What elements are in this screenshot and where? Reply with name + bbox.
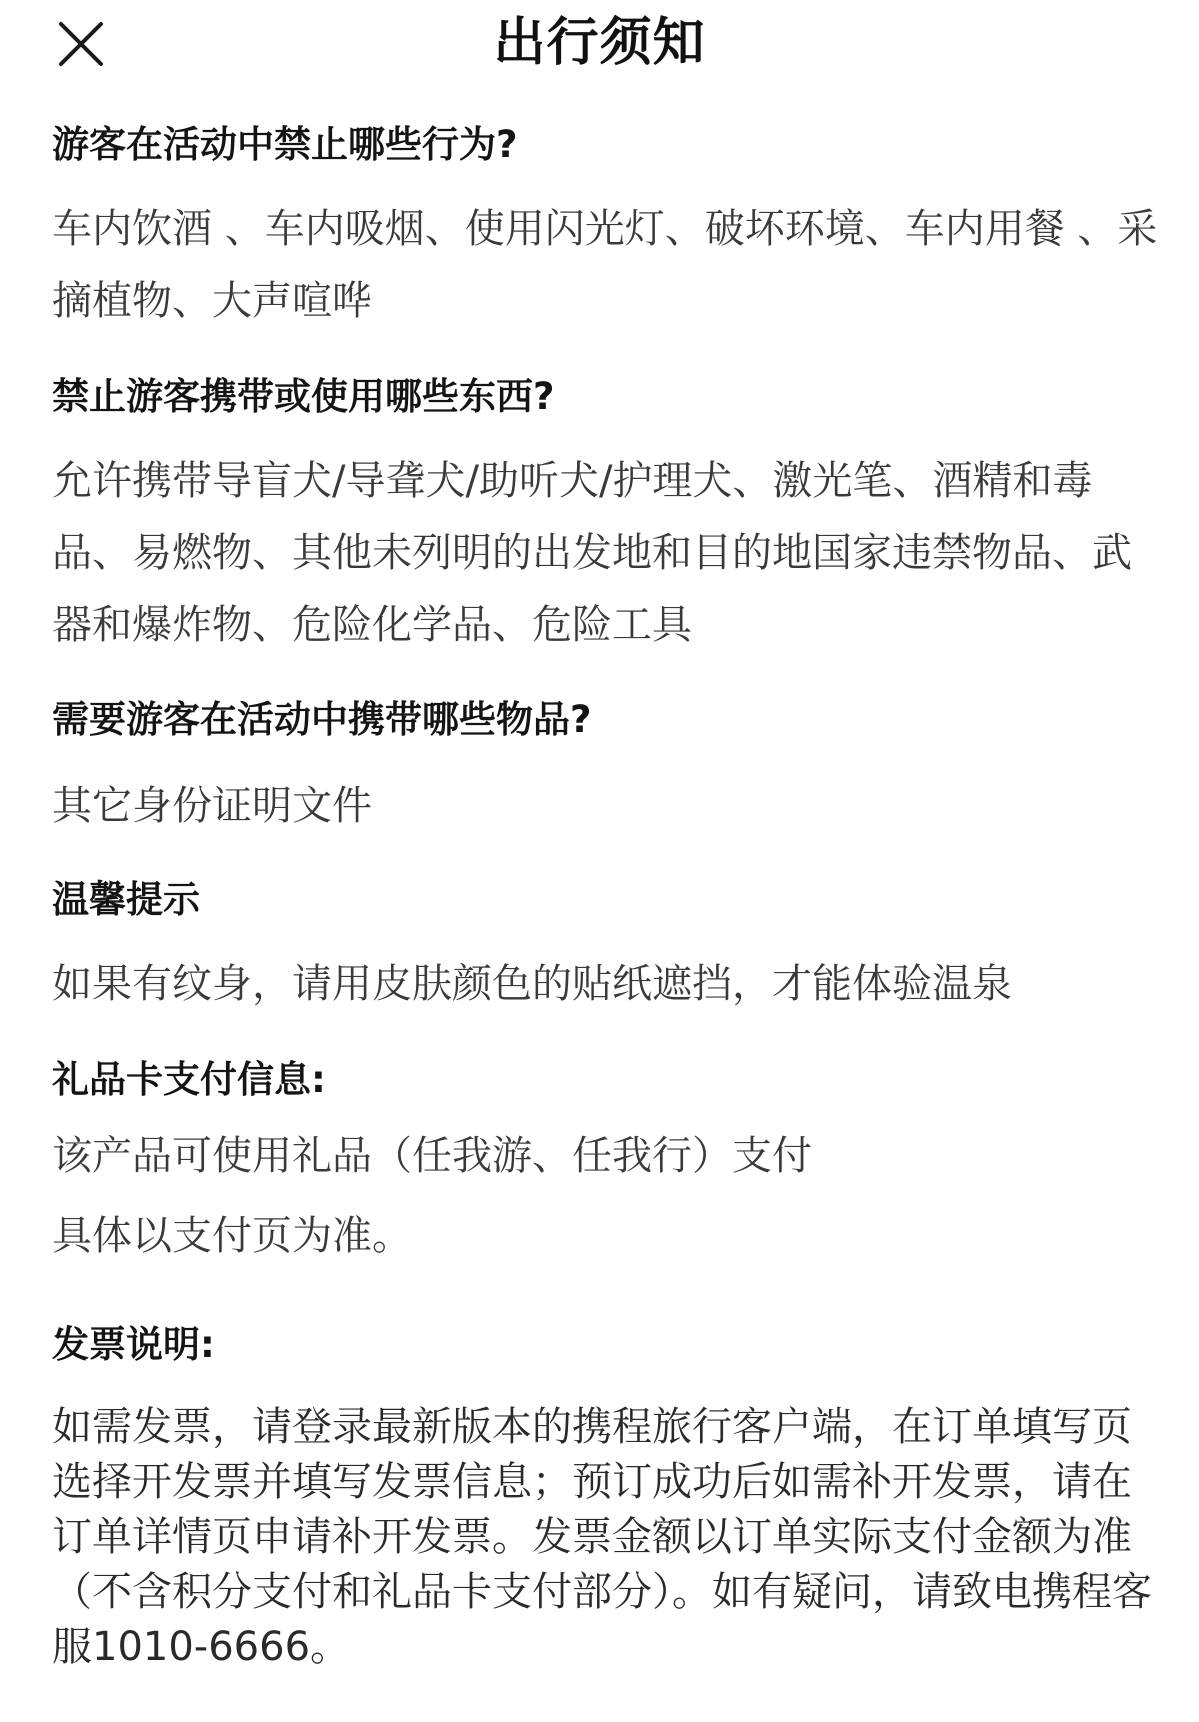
section-heading: 发票说明: [52,1320,1162,1370]
section-heading: 温馨提示 [52,875,1162,925]
header-bar: 出行须知 [0,0,1199,90]
section-text: 车内饮酒 、车内吸烟、使用闪光灯、破坏环境、车内用餐 、采摘植物、大声喧哗 [52,193,1162,337]
section-text: 如果有纹身，请用皮肤颜色的贴纸遮挡，才能体验温泉 [52,948,1162,1020]
page-title: 出行须知 [0,8,1199,78]
section-tips: 温馨提示 [52,875,1162,925]
section-prohibited-behaviors: 游客在活动中禁止哪些行为? [52,120,1162,170]
section-heading: 禁止游客携带或使用哪些东西? [52,372,1162,422]
section-gift-card-payment: 礼品卡支付信息: [52,1055,1162,1105]
section-heading: 游客在活动中禁止哪些行为? [52,120,1162,170]
section-text: 该产品可使用礼品（任我游、任我行）支付 [52,1120,1162,1192]
section-text: 其它身份证明文件 [52,770,1162,842]
section-text: 具体以支付页为准。 [52,1200,1162,1272]
section-prohibited-items: 禁止游客携带或使用哪些东西? [52,372,1162,422]
section-invoice: 发票说明: [52,1320,1162,1370]
section-heading: 礼品卡支付信息: [52,1055,1162,1105]
section-text: 如需发票，请登录最新版本的携程旅行客户端，在订单填写页选择开发票并填写发票信息；… [52,1400,1162,1675]
section-text: 允许携带导盲犬/导聋犬/助听犬/护理犬、激光笔、酒精和毒品、易燃物、其他未列明的… [52,445,1162,661]
section-heading: 需要游客在活动中携带哪些物品? [52,695,1162,745]
section-required-items: 需要游客在活动中携带哪些物品? [52,695,1162,745]
